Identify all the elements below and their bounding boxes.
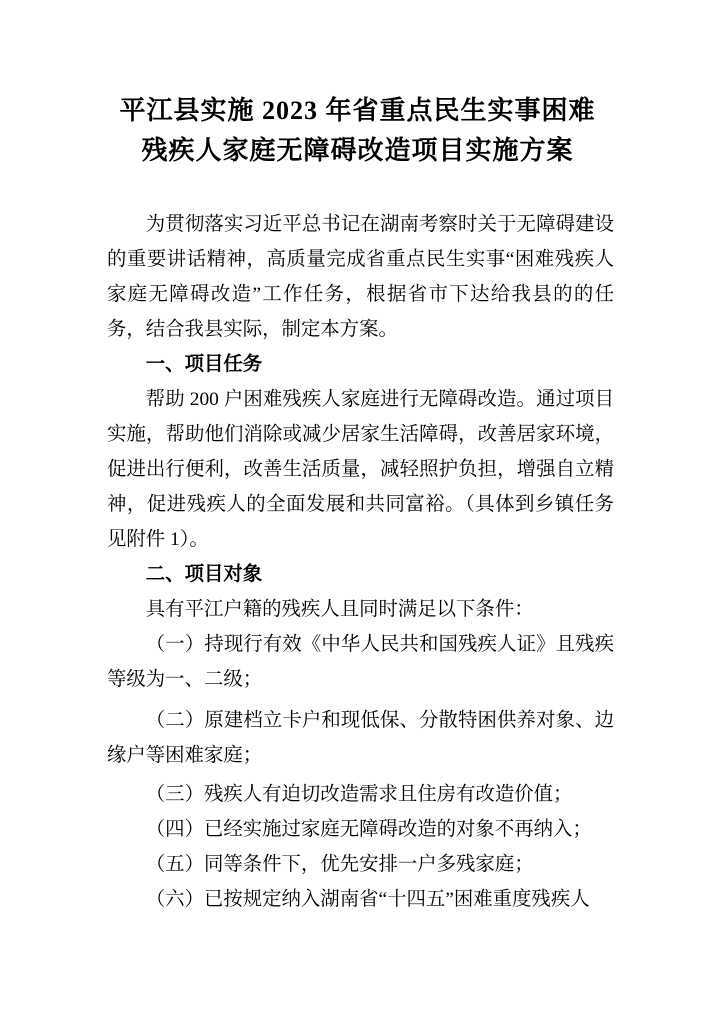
condition-item-6: （六）已按规定纳入湖南省“十四五”困难重度残疾人 — [107, 882, 614, 917]
condition-item-1: （一）持现行有效《中华人民共和国残疾人证》且残疾等级为一、二级； — [107, 627, 614, 697]
section-1-paragraph: 帮助 200 户困难残疾人家庭进行无障碍改造。通过项目实施，帮助他们消除或减少居… — [107, 382, 614, 557]
condition-item-4: （四）已经实施过家庭无障碍改造的对象不再纳入； — [107, 812, 614, 847]
section-1-heading: 一、项目任务 — [107, 347, 614, 382]
condition-item-5: （五）同等条件下，优先安排一户多残家庭； — [107, 847, 614, 882]
condition-item-2: （二）原建档立卡户和现低保、分散特困供养对象、边缘户等困难家庭； — [107, 703, 614, 773]
document-title: 平江县实施 2023 年省重点民生实事困难 残疾人家庭无障碍改造项目实施方案 — [0, 91, 715, 171]
document-title-line-1: 平江县实施 2023 年省重点民生实事困难 — [0, 91, 715, 131]
document-page: 平江县实施 2023 年省重点民生实事困难 残疾人家庭无障碍改造项目实施方案 为… — [0, 0, 715, 1011]
intro-paragraph: 为贯彻落实习近平总书记在湖南考察时关于无障碍建设的重要讲话精神，高质量完成省重点… — [107, 207, 614, 347]
document-title-line-2: 残疾人家庭无障碍改造项目实施方案 — [0, 131, 715, 171]
document-body: 为贯彻落实习近平总书记在湖南考察时关于无障碍建设的重要讲话精神，高质量完成省重点… — [107, 207, 614, 917]
section-2-lead: 具有平江户籍的残疾人且同时满足以下条件： — [107, 592, 614, 627]
condition-item-3: （三）残疾人有迫切改造需求且住房有改造价值； — [107, 777, 614, 812]
section-2-heading: 二、项目对象 — [107, 557, 614, 592]
